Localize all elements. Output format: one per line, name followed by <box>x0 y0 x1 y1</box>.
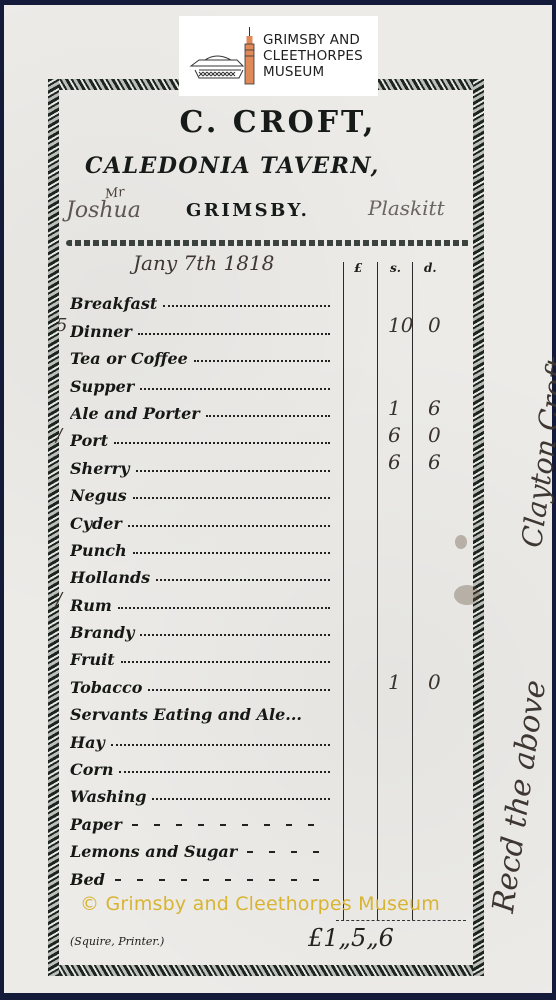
header-divider <box>66 240 470 246</box>
leader-line <box>133 497 330 499</box>
copyright-watermark: © Grimsby and Cleethorpes Museum <box>80 893 440 915</box>
margin-tick-mark: / <box>56 425 62 446</box>
bill-items-list: BreakfastDinnerTea or CoffeeSupperAle an… <box>70 286 330 889</box>
museum-logo-text: GRIMSBY AND CLEETHORPES MUSEUM <box>263 32 363 80</box>
bill-total: £1„5„6 <box>308 924 394 952</box>
bill-item-label: Lemons and Sugar <box>70 842 237 861</box>
leader-line <box>121 661 330 663</box>
leader-line <box>133 552 330 554</box>
bill-item-row: Servants Eating and Ale... <box>70 697 330 724</box>
column-divider-pounds <box>343 262 344 920</box>
bill-item-row: Brandy <box>70 615 330 642</box>
column-divider-pence <box>412 262 413 920</box>
bill-item-row: Sherry <box>70 450 330 477</box>
museum-building-tower-icon <box>189 26 257 86</box>
bill-item-label: Breakfast <box>70 294 157 313</box>
bill-item-row: Port <box>70 423 330 450</box>
bill-item-row: Negus <box>70 478 330 505</box>
bill-item-row: Ale and Porter <box>70 396 330 423</box>
bill-item-label: Hay <box>70 733 105 752</box>
museum-logo: GRIMSBY AND CLEETHORPES MUSEUM <box>179 16 378 96</box>
handwritten-customer-last-name: Plaskitt <box>368 196 445 220</box>
margin-tick-mark: / <box>56 589 62 610</box>
leader-line <box>114 442 330 444</box>
bill-item-row: Bed <box>70 861 330 888</box>
leader-line <box>128 525 330 527</box>
bill-item-row: Dinner <box>70 313 330 340</box>
border-bottom <box>48 965 484 976</box>
border-left <box>48 79 59 976</box>
column-divider-shillings <box>377 262 378 920</box>
column-header-pence: d. <box>424 261 437 275</box>
proprietor-name: C. CROFT, <box>0 105 556 140</box>
border-right <box>473 79 484 976</box>
bill-item-label: Hollands <box>70 568 150 587</box>
column-header-pounds: £ <box>354 261 362 275</box>
bill-item-label: Fruit <box>70 650 115 669</box>
bill-item-label: Punch <box>70 541 127 560</box>
amount-shillings: 10 <box>388 313 413 337</box>
bill-item-row: Hay <box>70 724 330 751</box>
ink-stain <box>454 585 480 605</box>
leader-line <box>111 744 330 746</box>
bill-item-row: Breakfast <box>70 286 330 313</box>
amount-shillings: 6 <box>388 450 401 474</box>
bill-item-row: Punch <box>70 533 330 560</box>
bill-item-row: Corn <box>70 752 330 779</box>
leader-line <box>148 689 330 691</box>
handwritten-date: Jany 7th 1818 <box>133 251 274 275</box>
bill-item-row: Washing <box>70 779 330 806</box>
amount-pence: 0 <box>428 423 441 447</box>
bill-item-label: Paper <box>70 815 122 834</box>
handwritten-customer-first-name: Joshua <box>66 198 141 223</box>
bill-item-label: Supper <box>70 377 134 396</box>
leader-line <box>132 824 330 826</box>
amount-shillings: 1 <box>388 396 401 420</box>
bill-item-row: Paper <box>70 806 330 833</box>
bill-item-label: Ale and Porter <box>70 404 200 423</box>
bill-item-label: Washing <box>70 787 146 806</box>
bill-item-label: Negus <box>70 486 127 505</box>
bill-item-label: Tobacco <box>70 678 142 697</box>
bill-item-row: Lemons and Sugar <box>70 834 330 861</box>
leader-line <box>119 771 330 773</box>
column-header-shillings: s. <box>390 261 401 275</box>
leader-line <box>163 305 330 307</box>
bill-item-row: Tea or Coffee <box>70 341 330 368</box>
leader-line <box>136 470 330 472</box>
bill-item-row: Hollands <box>70 560 330 587</box>
total-rule <box>336 920 466 922</box>
bill-item-row: Supper <box>70 368 330 395</box>
leader-line <box>152 798 330 800</box>
town-name: GRIMSBY. <box>186 200 309 221</box>
amount-pence: 0 <box>428 313 441 337</box>
bill-item-row: Fruit <box>70 642 330 669</box>
leader-line <box>140 634 330 636</box>
amount-pence: 0 <box>428 670 441 694</box>
bill-item-row: Cyder <box>70 505 330 532</box>
bill-item-label: Sherry <box>70 459 130 478</box>
bill-item-label: Cyder <box>70 514 122 533</box>
leader-line <box>138 333 330 335</box>
bill-item-label: Brandy <box>70 623 134 642</box>
leader-line <box>115 879 330 881</box>
leader-line <box>140 388 330 390</box>
amount-shillings: 1 <box>388 670 401 694</box>
leader-line <box>156 579 330 581</box>
leader-line <box>206 415 330 417</box>
printer-credit: (Squire, Printer.) <box>70 935 164 948</box>
amount-pence: 6 <box>428 450 441 474</box>
ink-stain <box>455 535 467 549</box>
establishment-name: CALEDONIA TAVERN, <box>85 153 380 179</box>
bill-item-row: Tobacco <box>70 669 330 696</box>
bill-item-label: Tea or Coffee <box>70 349 188 368</box>
bill-item-label: Corn <box>70 760 113 779</box>
bill-item-label: Servants Eating and Ale... <box>70 705 302 724</box>
amount-pence: 6 <box>428 396 441 420</box>
bill-item-row: Rum <box>70 587 330 614</box>
leader-line <box>247 851 330 853</box>
bill-item-label: Dinner <box>70 322 132 341</box>
bill-item-label: Rum <box>70 596 112 615</box>
leader-line <box>194 360 330 362</box>
bill-item-label: Port <box>70 431 108 450</box>
margin-tick-mark: 5 <box>56 315 67 336</box>
bill-item-label: Bed <box>70 870 105 889</box>
amount-shillings: 6 <box>388 423 401 447</box>
leader-line <box>118 607 330 609</box>
